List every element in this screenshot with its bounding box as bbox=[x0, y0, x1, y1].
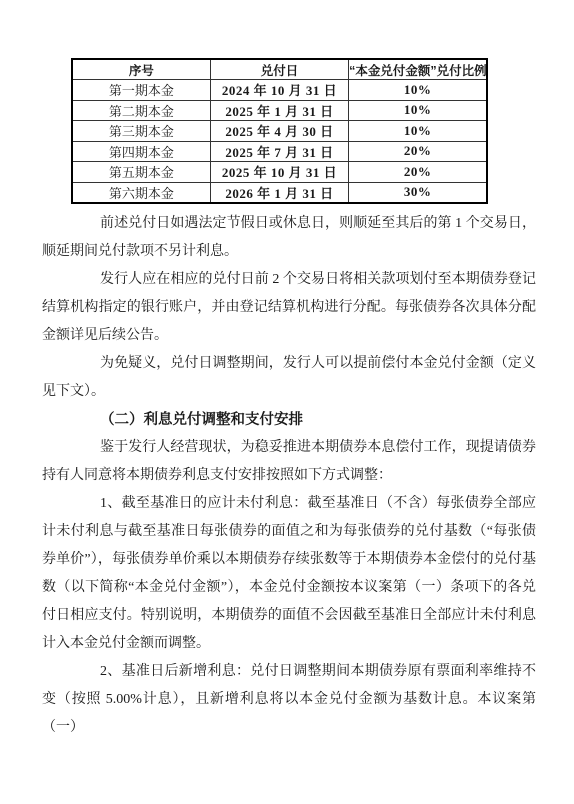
cell-sequence: 第三期本金 bbox=[72, 121, 210, 142]
paragraph-item2-new-interest-after-base-date: 2、基准日后新增利息：兑付日调整期间本期债券原有票面利率维持不变（按照 5.00… bbox=[42, 658, 536, 742]
table-row: 第二期本金 2025 年 1 月 31 日 10% bbox=[72, 100, 487, 121]
paragraph-holiday-postponement: 前述兑付日如遇法定节假日或休息日，则顺延至其后的第 1 个交易日，顺延期间兑付款… bbox=[42, 210, 536, 266]
cell-payment-ratio: 30% bbox=[349, 182, 487, 203]
cell-payment-date: 2025 年 4 月 30 日 bbox=[210, 121, 348, 142]
column-header-payment-date: 兑付日 bbox=[210, 59, 348, 80]
cell-payment-date: 2026 年 1 月 31 日 bbox=[210, 182, 348, 203]
cell-payment-ratio: 10% bbox=[349, 100, 487, 121]
table-row: 第三期本金 2025 年 4 月 30 日 10% bbox=[72, 121, 487, 142]
table-row: 第四期本金 2025 年 7 月 31 日 20% bbox=[72, 141, 487, 162]
cell-sequence: 第六期本金 bbox=[72, 182, 210, 203]
body-text: 前述兑付日如遇法定节假日或休息日，则顺延至其后的第 1 个交易日，顺延期间兑付款… bbox=[42, 210, 536, 742]
cell-payment-date: 2025 年 7 月 31 日 bbox=[210, 141, 348, 162]
paragraph-early-repayment-clarification: 为免疑义，兑付日调整期间，发行人可以提前偿付本金兑付金额（定义见下文）。 bbox=[42, 350, 536, 406]
table-row: 第一期本金 2024 年 10 月 31 日 10% bbox=[72, 80, 487, 101]
table-header-row: 序号 兑付日 “本金兑付金额”兑付比例 bbox=[72, 59, 487, 80]
paragraph-adjustment-proposal: 鉴于发行人经营现状，为稳妥推进本期债券本息偿付工作，现提请债券持有人同意将本期债… bbox=[42, 434, 536, 490]
cell-payment-ratio: 10% bbox=[349, 80, 487, 101]
cell-payment-date: 2025 年 10 月 31 日 bbox=[210, 162, 348, 183]
column-header-sequence: 序号 bbox=[72, 59, 210, 80]
paragraph-fund-transfer: 发行人应在相应的兑付日前 2 个交易日将相关款项划付至本期债券登记结算机构指定的… bbox=[42, 266, 536, 350]
cell-payment-ratio: 10% bbox=[349, 121, 487, 142]
document-page: 序号 兑付日 “本金兑付金额”兑付比例 第一期本金 2024 年 10 月 31… bbox=[0, 0, 574, 804]
cell-payment-ratio: 20% bbox=[349, 141, 487, 162]
table-row: 第六期本金 2026 年 1 月 31 日 30% bbox=[72, 182, 487, 203]
section-heading-interest-payment-adjustment: （二）利息兑付调整和支付安排 bbox=[42, 406, 536, 434]
paragraph-item1-accrued-unpaid-interest: 1、截至基准日的应计未付利息：截至基准日（不含）每张债券全部应计未付利息与截至基… bbox=[42, 490, 536, 658]
cell-payment-date: 2025 年 1 月 31 日 bbox=[210, 100, 348, 121]
cell-sequence: 第一期本金 bbox=[72, 80, 210, 101]
principal-payment-schedule-table: 序号 兑付日 “本金兑付金额”兑付比例 第一期本金 2024 年 10 月 31… bbox=[71, 58, 488, 204]
table-row: 第五期本金 2025 年 10 月 31 日 20% bbox=[72, 162, 487, 183]
cell-sequence: 第五期本金 bbox=[72, 162, 210, 183]
cell-sequence: 第四期本金 bbox=[72, 141, 210, 162]
cell-payment-ratio: 20% bbox=[349, 162, 487, 183]
cell-sequence: 第二期本金 bbox=[72, 100, 210, 121]
cell-payment-date: 2024 年 10 月 31 日 bbox=[210, 80, 348, 101]
column-header-payment-ratio: “本金兑付金额”兑付比例 bbox=[349, 59, 487, 80]
